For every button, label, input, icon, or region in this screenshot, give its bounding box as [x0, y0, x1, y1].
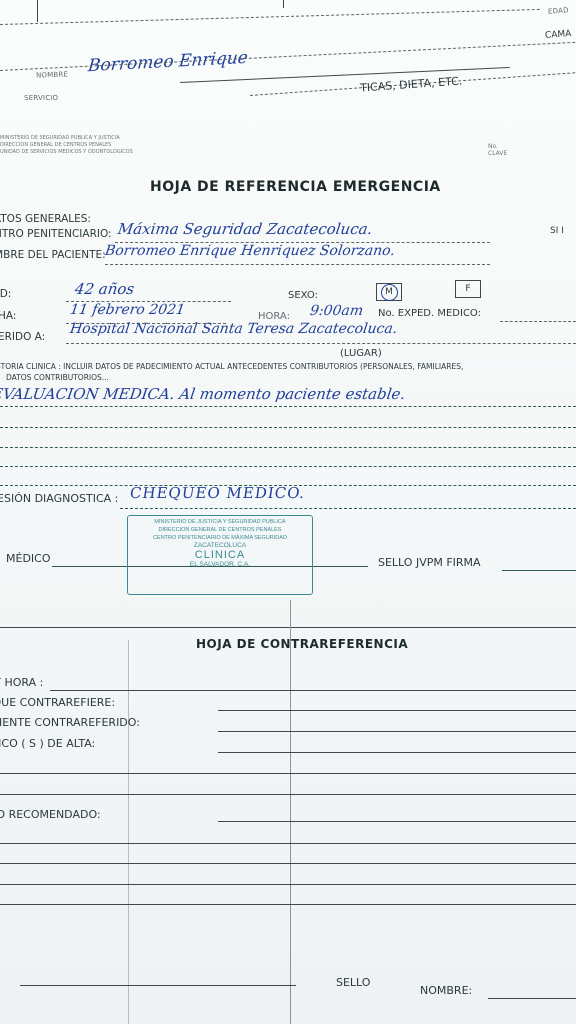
clave-label: CLAVE: [488, 150, 507, 157]
lugar-label: (LUGAR): [340, 348, 382, 359]
historia-label: HISTORIA CLINICA : INCLUIR DATOS DE PADE…: [0, 362, 463, 371]
agency-header: MINISTERIO DE SEGURIDAD PUBLICA Y JUSTIC…: [0, 135, 133, 156]
nombre-label: NOMBRE:: [420, 984, 472, 997]
paciente-value[interactable]: Borromeo Enrique Henriquez Solorzano.: [104, 243, 396, 259]
paciente-contrareferido-field[interactable]: [218, 731, 576, 732]
page-title: HOJA DE REFERENCIA EMERGENCIA: [150, 179, 441, 195]
form-line: [0, 843, 576, 844]
table-divider: [37, 0, 38, 22]
impresion-value[interactable]: CHEQUEO MEDICO.: [129, 484, 307, 502]
fecha-hora-field[interactable]: [50, 690, 576, 691]
tratamiento-field[interactable]: [218, 821, 576, 822]
agency-line: UNIDAD DE SERVICIOS MEDICOS Y ODONTOLOGI…: [0, 149, 133, 156]
edad-label: EDAD:: [0, 288, 11, 300]
clinic-stamp: MINISTERIO DE JUSTICIA Y SEGURIDAD PUBLI…: [127, 515, 313, 595]
form-line: [66, 343, 576, 344]
institucion-field[interactable]: [218, 710, 576, 711]
historia-line: [0, 427, 576, 428]
fecha-label: FECHA:: [0, 310, 16, 322]
cama-label-prev: CAMA: [545, 29, 572, 41]
diagnostico-alta-field[interactable]: [218, 752, 576, 753]
section-divider: [0, 627, 576, 628]
centro-value[interactable]: Máxima Seguridad Zacatecoluca.: [117, 220, 374, 238]
stamp-line: DIRECCION GENERAL DE CENTROS PENALES: [128, 526, 312, 534]
institucion-label: INSTITUCION QUE CONTRAREFIERE:: [0, 696, 115, 709]
sello-jvpm-label: SELLO JVPM FIRMA: [378, 556, 481, 569]
historia-line: [0, 406, 576, 407]
sello-label: SELLO: [336, 976, 370, 989]
diagnostico-alta-label: DIAGNOSTICO ( S ) DE ALTA:: [0, 737, 95, 750]
referido-label: REFERIDO A:: [0, 331, 45, 343]
agency-line: DIRECCION GENERAL DE CENTROS PENALES: [0, 142, 133, 149]
firma-contrareferencia-field[interactable]: [20, 985, 296, 986]
hora-value[interactable]: 9:00am: [309, 303, 364, 319]
form-line: [120, 508, 576, 509]
clave-block: No. CLAVE: [488, 143, 507, 157]
no-label: No.: [488, 143, 507, 150]
historia-label-cont: DATOS CONTRIBUTORIOS...: [6, 373, 109, 382]
edad-label-prev: EDAD: [548, 6, 569, 15]
sexo-option-f[interactable]: F: [455, 280, 481, 298]
form-line: [0, 9, 540, 25]
contrareferencia-title: HOJA DE CONTRAREFERENCIA: [196, 637, 408, 651]
historia-line: [0, 447, 576, 448]
nombre-field[interactable]: [488, 998, 576, 999]
agency-line: MINISTERIO DE SEGURIDAD PUBLICA Y JUSTIC…: [0, 135, 133, 142]
stamp-country: EL SALVADOR, C.A.: [128, 561, 312, 569]
fecha-value[interactable]: 11 febrero 2021: [69, 302, 186, 318]
paper-fold: [128, 640, 129, 1024]
sexo-m-circle: M: [381, 284, 398, 301]
expediente-field[interactable]: [500, 321, 576, 322]
tratamiento-label: TRATAMIENTO Y MANEJO RECOMENDADO:: [0, 808, 101, 821]
firma-field[interactable]: [502, 570, 576, 571]
medico-label: MÉDICO: [6, 552, 51, 565]
paciente-contrareferido-label: NOMBRE PACIENTE CONTRAREFERIDO:: [0, 716, 140, 729]
form-line: [0, 773, 576, 774]
paper-fold: [290, 600, 291, 1024]
form-line: [0, 42, 575, 71]
paciente-label: NOMBRE DEL PACIENTE:: [0, 249, 106, 261]
servicio-label-prev: SERVICIO: [24, 94, 58, 102]
historia-value[interactable]: EVALUACION MEDICA. Al momento paciente e…: [0, 385, 406, 403]
sexo-label: SEXO:: [288, 290, 318, 301]
expediente-label: No. EXPED. MEDICO:: [378, 308, 481, 319]
table-divider: [283, 0, 284, 8]
fecha-hora-label: FECHA Y HORA :: [0, 676, 43, 689]
form-line: [105, 264, 490, 265]
nombre-label-prev: NOMBRE: [36, 70, 68, 79]
stamp-line: MINISTERIO DE JUSTICIA Y SEGURIDAD PUBLI…: [128, 518, 312, 526]
form-line: [0, 863, 576, 864]
datos-generales-label: DATOS GENERALES:: [0, 213, 91, 225]
right-edge-text: SI I: [550, 226, 564, 236]
historia-line: [0, 466, 576, 467]
form-line: [0, 794, 576, 795]
stamp-clinica: CLINICA: [128, 550, 312, 561]
edad-value[interactable]: 42 años: [74, 280, 136, 298]
form-line: [0, 884, 576, 885]
sexo-option-m[interactable]: M: [376, 283, 402, 301]
dieta-label-prev: TICAS, DIETA, ETC.: [360, 74, 463, 94]
centro-label: CENTRO PENITENCIARIO:: [0, 228, 112, 240]
stamp-line: CENTRO PENITENCIARIO DE MÁXIMA SEGURIDAD: [128, 534, 312, 542]
impresion-label: IMPRESIÓN DIAGNOSTICA :: [0, 492, 118, 505]
referido-value[interactable]: Hospital Nacional Santa Teresa Zacatecol…: [69, 321, 398, 337]
form-line: [0, 904, 576, 905]
